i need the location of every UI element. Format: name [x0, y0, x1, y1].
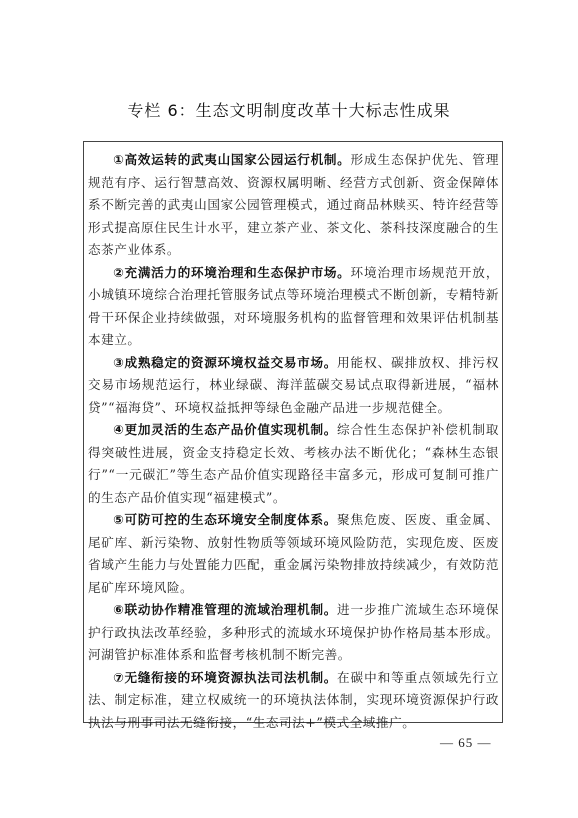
achievement-item-3: ③成熟稳定的资源环境权益交易市场。用能权、碳排放权、排污权交易市场规范运行，林业…	[88, 352, 499, 420]
achievement-item-7: ⑦无缝衔接的环境资源执法司法机制。在碳中和等重点领域先行立法、制定标准，建立权威…	[88, 667, 499, 735]
achievement-item-6: ⑥联动协作精准管理的流域治理机制。进一步推广流域生态环境保护行政执法改革经验，多…	[88, 599, 499, 667]
achievement-item-2: ②充满活力的环境治理和生态保护市场。环境治理市场规范开放，小城镇环境综合治理托管…	[88, 262, 499, 352]
achievement-item-4: ④更加灵活的生态产品价值实现机制。综合性生态保护补偿机制取得突破性进展，资金支持…	[88, 419, 499, 509]
achievement-item-5: ⑤可防可控的生态环境安全制度体系。聚焦危废、医废、重金属、尾矿库、新污染物、放射…	[88, 509, 499, 599]
achievement-lead: ⑥联动协作精准管理的流域治理机制。	[113, 602, 337, 617]
page-title: 专栏 6：生态文明制度改革十大标志性成果	[0, 98, 578, 121]
feature-box: ①高效运转的武夷山国家公园运行机制。形成生态保护优先、管理规范有序、运行智慧高效…	[83, 141, 503, 723]
achievement-lead: ④更加灵活的生态产品价值实现机制。	[113, 422, 337, 437]
achievement-body: 形成生态保护优先、管理规范有序、运行智慧高效、资源权属明晰、经营方式创新、资金保…	[88, 152, 499, 257]
achievement-lead: ②充满活力的环境治理和生态保护市场。	[113, 265, 350, 280]
achievement-lead: ⑦无缝衔接的环境资源执法司法机制。	[113, 670, 337, 685]
achievement-lead: ③成熟稳定的资源环境权益交易市场。	[113, 355, 337, 370]
achievement-lead: ⑤可防可控的生态环境安全制度体系。	[113, 512, 337, 527]
page-number: — 65 —	[440, 735, 492, 751]
achievement-lead: ①高效运转的武夷山国家公园运行机制。	[113, 152, 350, 167]
achievement-item-1: ①高效运转的武夷山国家公园运行机制。形成生态保护优先、管理规范有序、运行智慧高效…	[88, 149, 499, 262]
